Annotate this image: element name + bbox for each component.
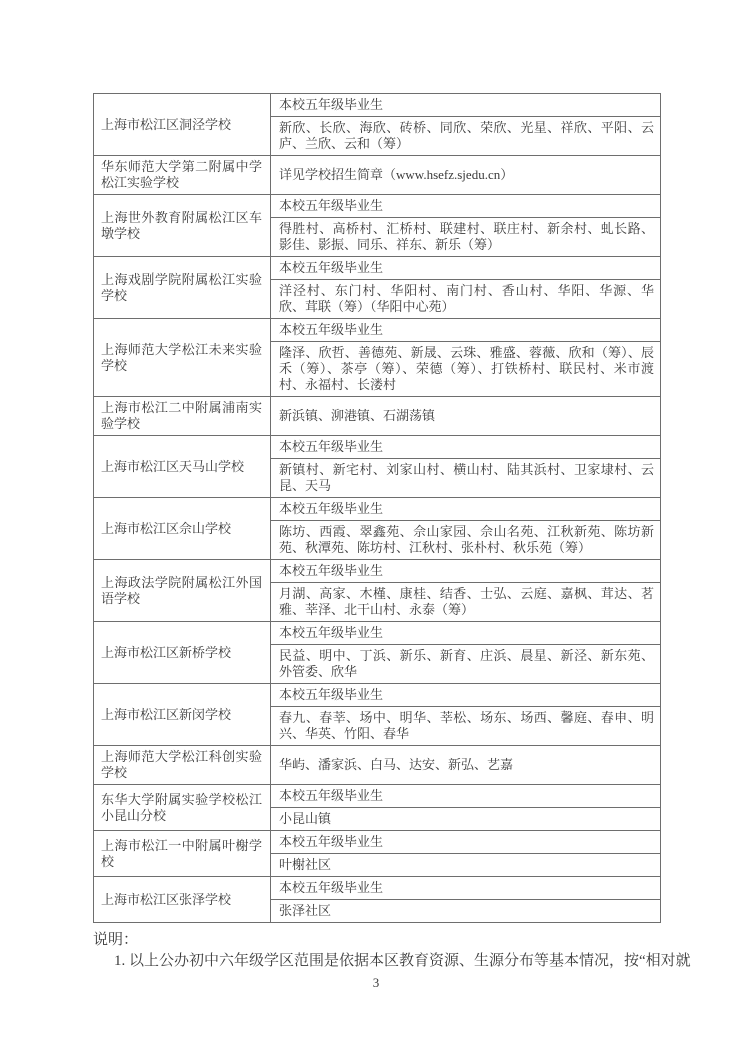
note-item: 1. 以上公办初中六年级学区范围是依据本区教育资源、生源分布等基本情况，按“相对… <box>93 951 700 972</box>
table-row: 上海政法学院附属松江外国语学校 本校五年级毕业生 <box>94 560 661 583</box>
table-row: 上海师范大学松江科创实验学校 华屿、潘家浜、白马、达安、新弘、艺嘉 <box>94 746 661 785</box>
zone-cell: 隆泽、欣哲、善德苑、新晟、云珠、雅盛、蓉薇、欣和（筹）、辰禾（筹）、茶亭（筹）、… <box>271 342 661 397</box>
zone-cell: 本校五年级毕业生 <box>271 94 661 117</box>
school-name-cell: 华东师范大学第二附属中学松江实验学校 <box>94 156 271 195</box>
school-name-cell: 上海师范大学松江未来实验学校 <box>94 319 271 397</box>
zone-cell: 新欣、长欣、海欣、砖桥、同欣、荣欣、光星、祥欣、平阳、云庐、兰欣、云和（筹） <box>271 117 661 156</box>
school-name-cell: 上海市松江一中附属叶榭学校 <box>94 831 271 877</box>
zone-cell: 陈坊、西霞、翠鑫苑、佘山家园、佘山名苑、江秋新苑、陈坊新苑、秋潭苑、陈坊村、江秋… <box>271 521 661 560</box>
zone-cell: 本校五年级毕业生 <box>271 622 661 645</box>
zone-cell: 叶榭社区 <box>271 854 661 877</box>
zone-cell: 本校五年级毕业生 <box>271 436 661 459</box>
school-name-cell: 上海市松江区张泽学校 <box>94 877 271 923</box>
zone-cell: 本校五年级毕业生 <box>271 831 661 854</box>
table-row: 华东师范大学第二附属中学松江实验学校 详见学校招生简章（www.hsefz.sj… <box>94 156 661 195</box>
zone-cell: 得胜村、高桥村、汇桥村、联建村、联庄村、新余村、虬长路、影佳、影振、同乐、祥东、… <box>271 218 661 257</box>
notes-heading: 说明： <box>93 930 700 951</box>
zone-cell: 详见学校招生简章（www.hsefz.sjedu.cn） <box>271 156 661 195</box>
zone-cell: 华屿、潘家浜、白马、达安、新弘、艺嘉 <box>271 746 661 785</box>
table-row: 上海师范大学松江未来实验学校 本校五年级毕业生 <box>94 319 661 342</box>
zone-cell: 本校五年级毕业生 <box>271 785 661 808</box>
zone-cell: 小昆山镇 <box>271 808 661 831</box>
zone-cell: 本校五年级毕业生 <box>271 195 661 218</box>
school-name-cell: 上海市松江区洞泾学校 <box>94 94 271 156</box>
table-row: 上海市松江区天马山学校 本校五年级毕业生 <box>94 436 661 459</box>
table-row: 东华大学附属实验学校松江小昆山分校 本校五年级毕业生 <box>94 785 661 808</box>
notes-section: 说明： 1. 以上公办初中六年级学区范围是依据本区教育资源、生源分布等基本情况，… <box>93 930 700 972</box>
table-row: 上海世外教育附属松江区车墩学校 本校五年级毕业生 <box>94 195 661 218</box>
zone-cell: 洋泾村、东门村、华阳村、南门村、香山村、华阳、华源、华欣、茸联（筹）（华阳中心苑… <box>271 280 661 319</box>
zone-cell: 本校五年级毕业生 <box>271 498 661 521</box>
table-row: 上海市松江区新闵学校 本校五年级毕业生 <box>94 684 661 707</box>
table-row: 上海市松江一中附属叶榭学校 本校五年级毕业生 <box>94 831 661 854</box>
zone-cell: 民益、明中、丁浜、新乐、新育、庄浜、晨星、新泾、新东苑、外管委、欣华 <box>271 645 661 684</box>
school-name-cell: 上海市松江区天马山学校 <box>94 436 271 498</box>
zone-cell: 本校五年级毕业生 <box>271 560 661 583</box>
school-name-cell: 上海市松江区新桥学校 <box>94 622 271 684</box>
zone-cell: 春九、春莘、场中、明华、莘松、场东、场西、馨庭、春申、明兴、华英、竹阳、春华 <box>271 707 661 746</box>
page-number: 3 <box>0 975 752 991</box>
zone-cell: 本校五年级毕业生 <box>271 684 661 707</box>
school-name-cell: 上海市松江二中附属浦南实验学校 <box>94 397 271 436</box>
table-row: 上海戏剧学院附属松江实验学校 本校五年级毕业生 <box>94 257 661 280</box>
zone-cell: 本校五年级毕业生 <box>271 319 661 342</box>
zone-cell: 月湖、高家、木槿、康桂、结香、士弘、云庭、嘉枫、茸达、茗雅、莘泽、北干山村、永泰… <box>271 583 661 622</box>
zone-cell: 新镇村、新宅村、刘家山村、横山村、陆其浜村、卫家埭村、云昆、天马 <box>271 459 661 498</box>
zone-cell: 本校五年级毕业生 <box>271 257 661 280</box>
table-row: 上海市松江二中附属浦南实验学校 新浜镇、泖港镇、石湖荡镇 <box>94 397 661 436</box>
zone-cell: 张泽社区 <box>271 900 661 923</box>
school-name-cell: 上海市松江区新闵学校 <box>94 684 271 746</box>
zone-cell: 新浜镇、泖港镇、石湖荡镇 <box>271 397 661 436</box>
school-name-cell: 上海师范大学松江科创实验学校 <box>94 746 271 785</box>
table-row: 上海市松江区洞泾学校 本校五年级毕业生 <box>94 94 661 117</box>
school-name-cell: 上海政法学院附属松江外国语学校 <box>94 560 271 622</box>
table-row: 上海市松江区新桥学校 本校五年级毕业生 <box>94 622 661 645</box>
school-name-cell: 上海戏剧学院附属松江实验学校 <box>94 257 271 319</box>
table-row: 上海市松江区佘山学校 本校五年级毕业生 <box>94 498 661 521</box>
table-row: 上海市松江区张泽学校 本校五年级毕业生 <box>94 877 661 900</box>
school-zone-table: 上海市松江区洞泾学校 本校五年级毕业生 新欣、长欣、海欣、砖桥、同欣、荣欣、光星… <box>93 93 661 923</box>
school-name-cell: 东华大学附属实验学校松江小昆山分校 <box>94 785 271 831</box>
zone-cell: 本校五年级毕业生 <box>271 877 661 900</box>
school-name-cell: 上海世外教育附属松江区车墩学校 <box>94 195 271 257</box>
document-page: 上海市松江区洞泾学校 本校五年级毕业生 新欣、长欣、海欣、砖桥、同欣、荣欣、光星… <box>93 93 660 972</box>
school-name-cell: 上海市松江区佘山学校 <box>94 498 271 560</box>
